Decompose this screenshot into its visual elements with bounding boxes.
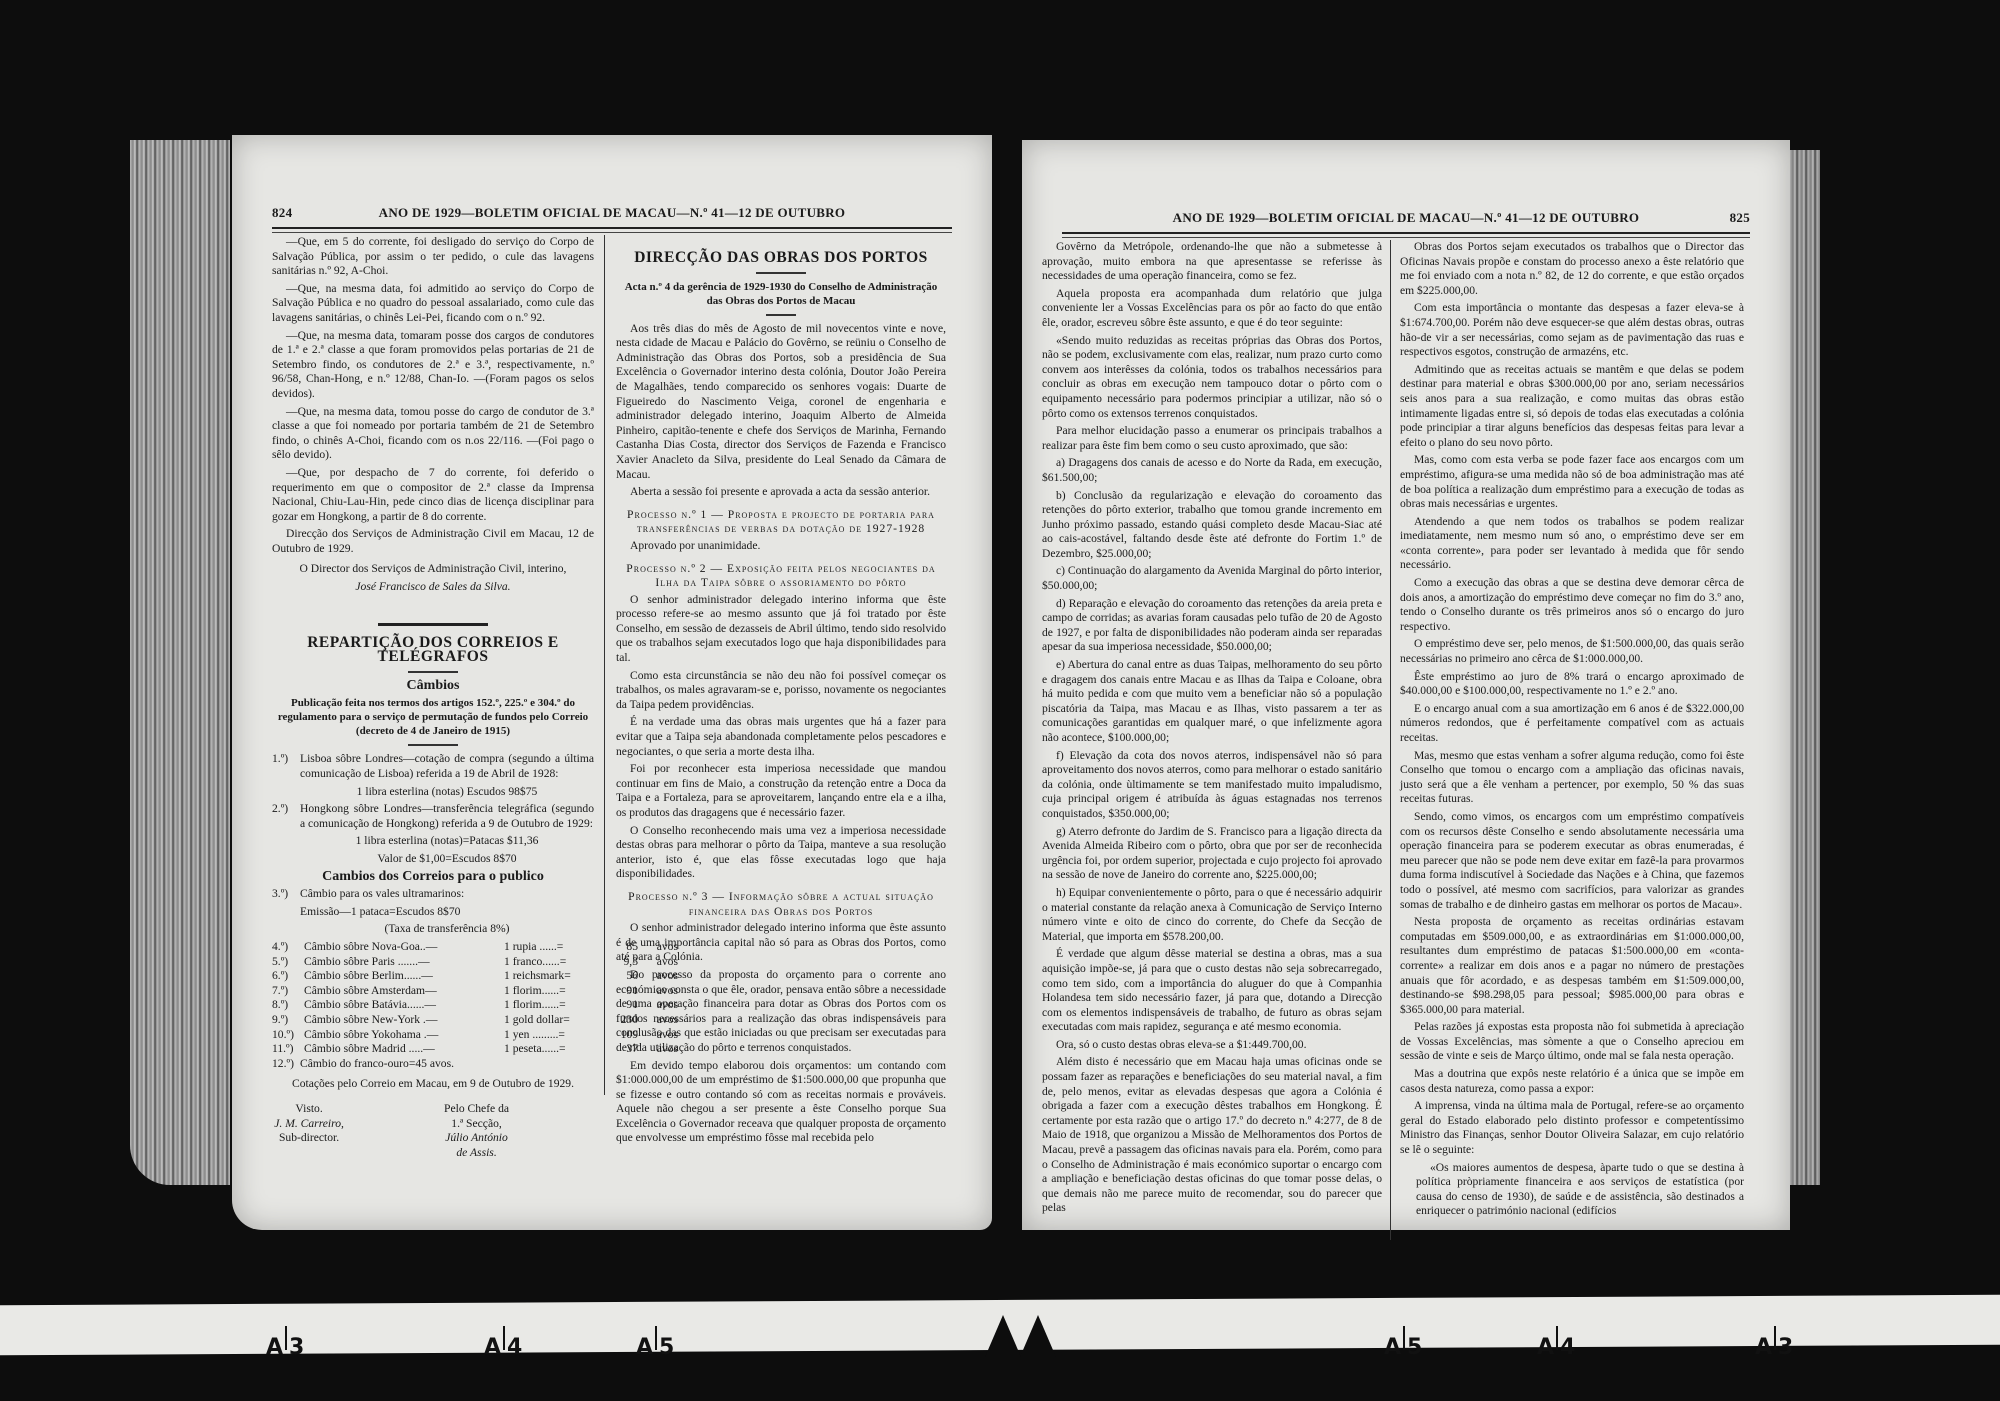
left-head-rule — [272, 227, 952, 233]
item-3: 3.º)Câmbio para os vales ultramarinos: E… — [272, 887, 594, 937]
right-running-title: ANO DE 1929—BOLETIM OFICIAL DE MACAU—N.º… — [1062, 210, 1750, 226]
paragraph: Como esta circunstância se não deu não f… — [616, 669, 946, 713]
paragraph: Para melhor elucidação passo a enumerar … — [1042, 424, 1382, 453]
rate-row: 10.º)Câmbio sôbre Yokohama .—1 yen .....… — [272, 1028, 594, 1043]
left-column-2: DIRECÇÃO DAS OBRAS DOS PORTOS Acta n.º 4… — [616, 235, 946, 1149]
paragraph: Sendo, como vimos, os encargos com um em… — [1400, 810, 1744, 912]
rate-row: 9.º)Câmbio sôbre New-York .—1 gold dolla… — [272, 1013, 594, 1028]
paragraph: Com esta importância o montante das desp… — [1400, 301, 1744, 359]
exchange-items: 1.º)Lisboa sôbre Londres—cotação de comp… — [272, 752, 594, 866]
paragraph: a) Dragagens dos canais de acesso e do N… — [1042, 456, 1382, 485]
left-running-title: ANO DE 1929—BOLETIM OFICIAL DE MACAU—N.º… — [272, 205, 952, 221]
paragraph: O senhor administrador delegado interino… — [616, 921, 946, 965]
paragraph: Direcção dos Serviços de Administração C… — [272, 527, 594, 556]
paragraph: —Que, na mesma data, tomou posse do carg… — [272, 405, 594, 463]
paragraph: —Que, em 5 do corrente, foi desligado do… — [272, 235, 594, 279]
paragraph: h) Equipar convenientemente o pôrto, par… — [1042, 886, 1382, 944]
signatures: Visto. J. M. Carreiro, Sub-director. Pel… — [272, 1102, 594, 1160]
column-separator — [1390, 240, 1391, 1240]
paragraph: Admitindo que as receitas actuais se man… — [1400, 363, 1744, 451]
process-1-title: Processo n.º 1 — Proposta e projecto de … — [616, 508, 946, 537]
left-column-1: —Que, em 5 do corrente, foi desligado do… — [272, 235, 594, 1160]
rate-row: 5.º)Câmbio sôbre Paris .......—1 franco.… — [272, 955, 594, 970]
strip-notch — [1020, 1315, 1056, 1357]
film-marker: A4 — [1537, 1326, 1575, 1360]
paragraph: O empréstimo deve ser, pelo menos, de $1… — [1400, 637, 1744, 666]
paragraph: Foi por reconhecer esta imperiosa necess… — [616, 762, 946, 820]
signature-title: O Director dos Serviços de Administração… — [272, 562, 594, 577]
signature-name: José Francisco de Sales da Silva. — [272, 580, 594, 595]
paragraph: Mas, mesmo que estas venham a sofrer alg… — [1400, 749, 1744, 807]
publication-note: Publicação feita nos termos dos artigos … — [272, 696, 594, 738]
signature-right: Pelo Chefe da 1.ª Secção, Júlio António … — [439, 1102, 594, 1160]
paragraph: Mas, como com esta verba se pode fazer f… — [1400, 453, 1744, 511]
small-rule — [408, 744, 458, 746]
paragraph: Ora, só o custo destas obras eleva-se a … — [1042, 1038, 1382, 1053]
small-rule — [766, 314, 796, 316]
signature-left: Visto. J. M. Carreiro, Sub-director. — [272, 1102, 427, 1160]
film-marker: A3 — [1755, 1326, 1793, 1360]
paragraph: Aprovado por unanimidade. — [616, 539, 946, 554]
section-heading-obras: DIRECÇÃO DAS OBRAS DOS PORTOS — [616, 251, 946, 266]
small-rule — [408, 671, 458, 673]
paragraph: c) Continuação do alargamento da Avenida… — [1042, 564, 1382, 593]
book-gutter — [992, 135, 1022, 1240]
paragraph: O senhor administrador delegado interino… — [616, 593, 946, 666]
left-page: 824 ANO DE 1929—BOLETIM OFICIAL DE MACAU… — [232, 135, 992, 1230]
right-column-2: Obras dos Portos sejam executados os tra… — [1400, 240, 1744, 1222]
paragraph: b) Conclusão da regularização e elevação… — [1042, 489, 1382, 562]
film-marker: AA|33 — [266, 1326, 304, 1360]
left-page-edges — [130, 140, 230, 1185]
rate-row: 7.º)Câmbio sôbre Amsterdam—1 florim.....… — [272, 984, 594, 999]
subheading-cambios: Câmbios — [272, 679, 594, 694]
strip-notch — [985, 1315, 1021, 1357]
quotation: «Os maiores aumentos de despesa, àparte … — [1400, 1161, 1744, 1219]
paragraph: Pelas razões já expostas esta proposta n… — [1400, 1020, 1744, 1064]
paragraph: «Sendo muito reduzidas as receitas própr… — [1042, 334, 1382, 422]
paragraph: —Que, por despacho de 7 do corrente, foi… — [272, 466, 594, 524]
paragraph: —Que, na mesma data, tomaram posse dos c… — [272, 329, 594, 402]
paragraph: Aberta a sessão foi presente e aprovada … — [616, 485, 946, 500]
paragraph: Obras dos Portos sejam executados os tra… — [1400, 240, 1744, 298]
paragraph: Êste empréstimo ao juro de 8% trará o en… — [1400, 670, 1744, 699]
rate-row: 11.º)Câmbio sôbre Madrid .....—1 peseta.… — [272, 1042, 594, 1057]
section-heading-correios: REPARTIÇÃO DOS CORREIOS E TELÉGRAFOS — [272, 636, 594, 665]
right-page: ANO DE 1929—BOLETIM OFICIAL DE MACAU—N.º… — [1022, 140, 1790, 1230]
paragraph: Além disto é necessário que em Macau haj… — [1042, 1055, 1382, 1216]
exchange-value: Valor de $1,00=Escudos 8$70 — [272, 852, 594, 867]
paragraph: d) Reparação e elevação do coroamento da… — [1042, 597, 1382, 655]
right-page-number: 825 — [1730, 210, 1750, 226]
paragraph: g) Aterro defronte do Jardim de S. Franc… — [1042, 825, 1382, 883]
exchange-item: 1.º)Lisboa sôbre Londres—cotação de comp… — [272, 752, 594, 781]
film-marker: A5 — [636, 1326, 674, 1360]
acta-subheading: Acta n.º 4 da gerência de 1929-1930 do C… — [616, 280, 946, 308]
paragraph: e) Abertura do canal entre as duas Taipa… — [1042, 658, 1382, 746]
section-divider — [378, 623, 488, 626]
rate-row: 4.º)Câmbio sôbre Nova-Goa..—1 rupia ....… — [272, 940, 594, 955]
closing-line: Cotações pelo Correio em Macau, em 9 de … — [272, 1077, 594, 1092]
right-head-rule — [1062, 232, 1750, 238]
process-3-title: Processo n.º 3 — Informação sôbre a actu… — [616, 890, 946, 919]
public-exchange-heading: Cambios dos Correios para o publico — [272, 870, 594, 885]
right-column-1: Govêrno da Metrópole, ordenando-lhe que … — [1042, 240, 1382, 1219]
film-marker: A4 — [484, 1326, 522, 1360]
exchange-value: 1 libra esterlina (notas)=Patacas $11,36 — [272, 834, 594, 849]
paragraph: A imprensa, vinda na última mala de Port… — [1400, 1099, 1744, 1157]
process-2-title: Processo n.º 2 — Exposição feita pelos n… — [616, 562, 946, 591]
paragraph: Aos três dias do mês de Agosto de mil no… — [616, 322, 946, 483]
rate-row: 6.º)Câmbio sôbre Berlim......—1 reichsma… — [272, 969, 594, 984]
paragraph: Mas a doutrina que expôs neste relatório… — [1400, 1067, 1744, 1096]
exchange-item: 2.º)Hongkong sôbre Londres—transferência… — [272, 802, 594, 831]
paragraph: O Conselho reconhecendo mais uma vez a i… — [616, 824, 946, 882]
paragraph: Atendendo a que nem todos os trabalhos s… — [1400, 515, 1744, 573]
paragraph: Como a execução das obras a que se desti… — [1400, 576, 1744, 634]
paragraph: Govêrno da Metrópole, ordenando-lhe que … — [1042, 240, 1382, 284]
paragraph: Do processo da proposta do orçamento par… — [616, 968, 946, 1056]
rates-table: 4.º)Câmbio sôbre Nova-Goa..—1 rupia ....… — [272, 940, 594, 1057]
right-page-edges — [1790, 150, 1820, 1185]
paragraph: f) Elevação da cota dos novos aterros, i… — [1042, 749, 1382, 822]
paragraph: Nesta proposta de orçamento as receitas … — [1400, 915, 1744, 1017]
small-rule — [756, 272, 806, 274]
paragraph: Aquela proposta era acompanhada dum rela… — [1042, 287, 1382, 331]
paragraph: —Que, na mesma data, foi admitido ao ser… — [272, 282, 594, 326]
exchange-value: 1 libra esterlina (notas) Escudos 98$75 — [272, 785, 594, 800]
column-separator — [604, 235, 605, 1095]
film-marker: A5 — [1384, 1326, 1422, 1360]
rate-row: 8.º)Câmbio sôbre Batávia......—1 florim.… — [272, 998, 594, 1013]
paragraph: É verdade que algum dêsse material se de… — [1042, 947, 1382, 1035]
paragraph: Em devido tempo elaborou dois orçamentos… — [616, 1059, 946, 1147]
paragraph: E o encargo anual com a sua amortização … — [1400, 702, 1744, 746]
paragraph: É na verdade uma das obras mais urgentes… — [616, 715, 946, 759]
